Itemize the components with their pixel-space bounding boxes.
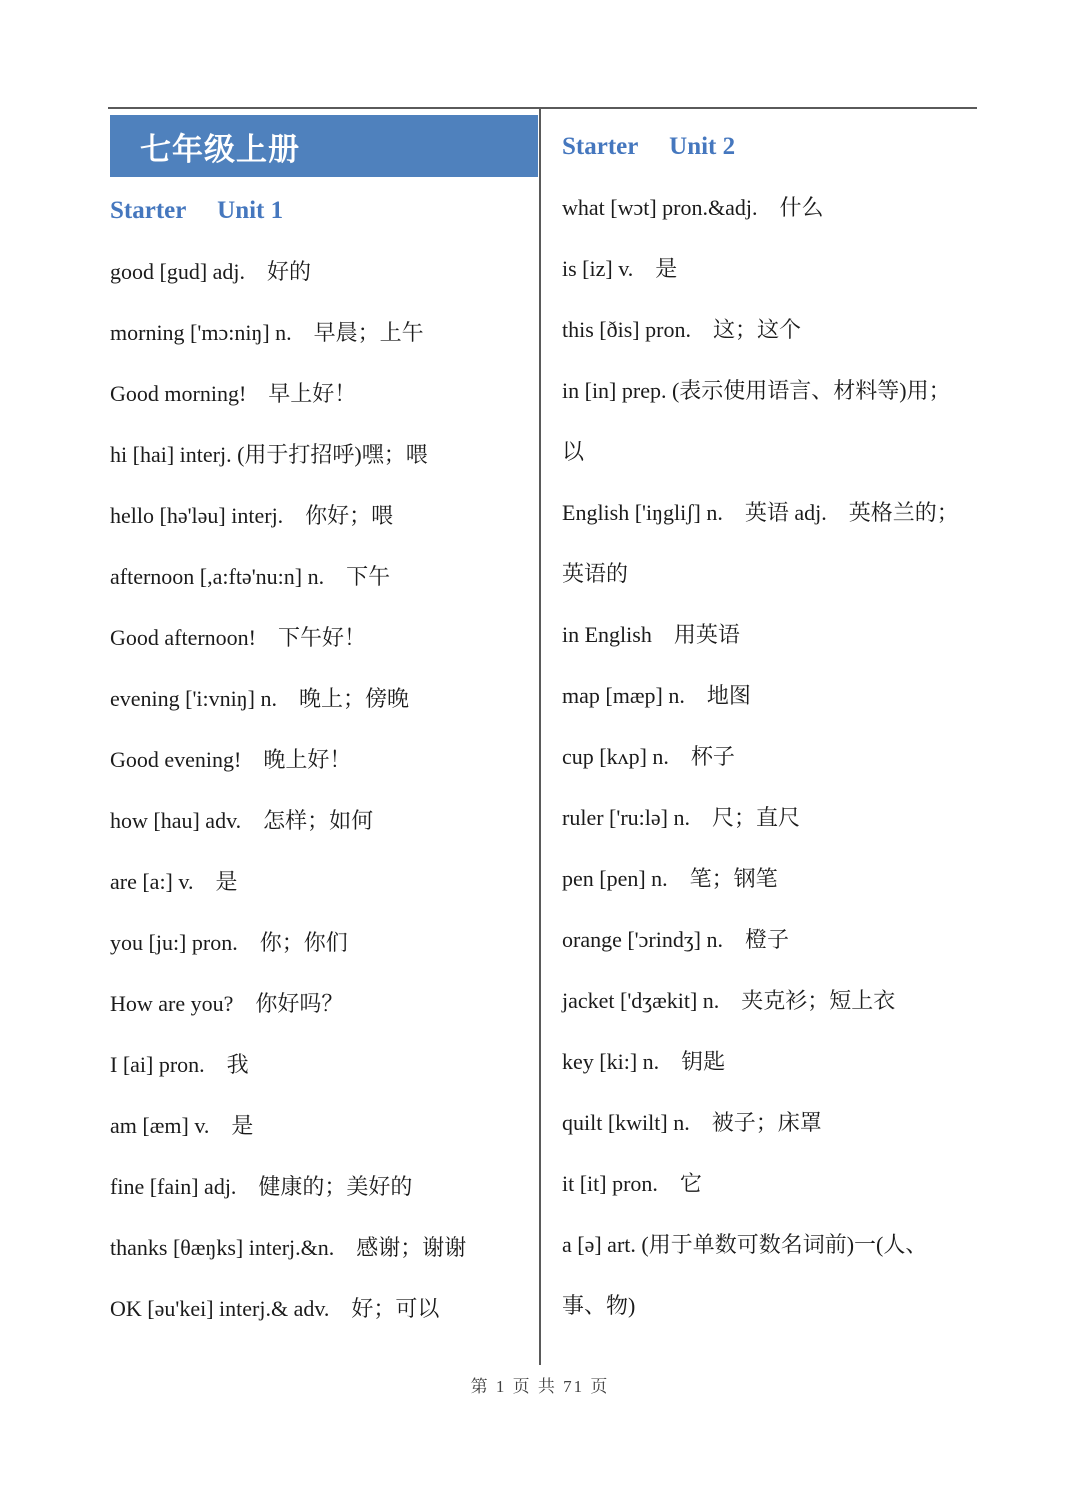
vocab-line: morning ['mɔ:niŋ] n. 早晨；上午 (110, 302, 540, 363)
page-footer: 第 1 页 共 71 页 (0, 1372, 1080, 1397)
right-vocab-list: what [wɔt] pron.&adj. 什么is [iz] v. 是this… (562, 177, 980, 1336)
vocab-line: 事、物) (562, 1275, 980, 1336)
vocab-line: 以 (562, 421, 980, 482)
vocab-line: Good evening! 晚上好！ (110, 729, 540, 790)
vocab-line: cup [kʌp] n. 杯子 (562, 726, 980, 787)
vocab-line: is [iz] v. 是 (562, 238, 980, 299)
right-column: Starter Unit 2 what [wɔt] pron.&adj. 什么i… (562, 116, 980, 1336)
left-vocab-list: good [gud] adj. 好的morning ['mɔ:niŋ] n. 早… (110, 241, 540, 1339)
vocab-line: you [ju:] pron. 你；你们 (110, 912, 540, 973)
unit-heading-starter-unit-1: Starter Unit 1 (110, 180, 540, 241)
vocab-line: fine [fain] adj. 健康的；美好的 (110, 1156, 540, 1217)
vocab-line: map [mæp] n. 地图 (562, 665, 980, 726)
vocab-line: it [it] pron. 它 (562, 1153, 980, 1214)
vocab-line: I [ai] pron. 我 (110, 1034, 540, 1095)
vocab-line: jacket ['dʒækit] n. 夹克衫；短上衣 (562, 970, 980, 1031)
vocab-line: Good afternoon! 下午好！ (110, 607, 540, 668)
vocab-line: hello [hə'ləu] interj. 你好；喂 (110, 485, 540, 546)
vocab-line: 英语的 (562, 543, 980, 604)
vocab-line: afternoon [,a:ftə'nu:n] n. 下午 (110, 546, 540, 607)
vocab-line: How are you? 你好吗？ (110, 973, 540, 1034)
vocab-line: ruler ['ru:lə] n. 尺；直尺 (562, 787, 980, 848)
vocab-line: key [ki:] n. 钥匙 (562, 1031, 980, 1092)
vocab-line: quilt [kwilt] n. 被子；床罩 (562, 1092, 980, 1153)
vocab-line: this [ðis] pron. 这；这个 (562, 299, 980, 360)
unit-heading-starter-unit-2: Starter Unit 2 (562, 116, 980, 177)
vocab-line: good [gud] adj. 好的 (110, 241, 540, 302)
vocab-line: what [wɔt] pron.&adj. 什么 (562, 177, 980, 238)
vocab-line: how [hau] adv. 怎样；如何 (110, 790, 540, 851)
vocab-line: hi [hai] interj. (用于打招呼)嘿；喂 (110, 424, 540, 485)
vocab-line: am [æm] v. 是 (110, 1095, 540, 1156)
vocabulary-page: { "theme": { "accent": "#4F81BD", "headi… (0, 0, 1080, 1495)
vocab-line: are [a:] v. 是 (110, 851, 540, 912)
vocab-line: Good morning! 早上好！ (110, 363, 540, 424)
volume-header: 七年级上册 (110, 115, 538, 177)
vocab-line: thanks [θæŋks] interj.&n. 感谢；谢谢 (110, 1217, 540, 1278)
vocab-line: a [ə] art. (用于单数可数名词前)一(人、 (562, 1214, 980, 1275)
vocab-line: evening ['i:vniŋ] n. 晚上；傍晚 (110, 668, 540, 729)
vocab-line: English ['iŋgliʃ] n. 英语 adj. 英格兰的； (562, 482, 980, 543)
volume-title: 七年级上册 (110, 124, 300, 169)
vocab-line: OK [əu'kei] interj.& adv. 好；可以 (110, 1278, 540, 1339)
vocab-line: in [in] prep. (表示使用语言、材料等)用； (562, 360, 980, 421)
vocab-line: in English 用英语 (562, 604, 980, 665)
left-column: Starter Unit 1 good [gud] adj. 好的morning… (110, 180, 540, 1339)
vocab-line: orange ['ɔrindʒ] n. 橙子 (562, 909, 980, 970)
vocab-line: pen [pen] n. 笔；钢笔 (562, 848, 980, 909)
top-rule (108, 107, 977, 109)
